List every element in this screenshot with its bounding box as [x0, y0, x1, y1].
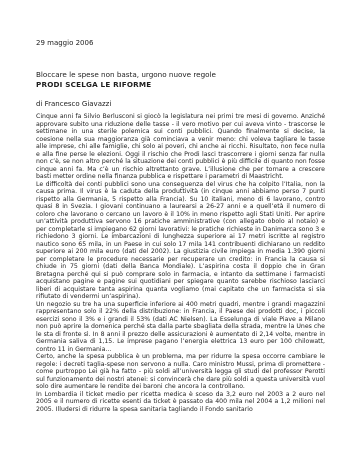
article-byline: di Francesco Giavazzi [36, 100, 325, 108]
article-paragraph: Cinque anni fa Silvio Berlusconi si gioc… [36, 113, 325, 181]
article-date: 29 maggio 2006 [36, 39, 325, 47]
article-page: 29 maggio 2006 Bloccare le spese non bas… [0, 0, 360, 466]
article-paragraph: Le difficoltà dei conti pubblici sono un… [36, 181, 325, 301]
article-paragraph: In Lombardia il ticket medio per ricetta… [36, 391, 325, 414]
article-paragraph: Un negozio su tre ha una superficie infe… [36, 301, 325, 354]
article-paragraph: Certo, anche la spesa pubblica è un prob… [36, 353, 325, 391]
article-title: PRODI SCELGA LE RIFORME [36, 80, 325, 90]
article-kicker: Bloccare le spese non basta, urgono nuov… [36, 70, 325, 80]
article-body: Cinque anni fa Silvio Berlusconi si gioc… [36, 113, 325, 413]
